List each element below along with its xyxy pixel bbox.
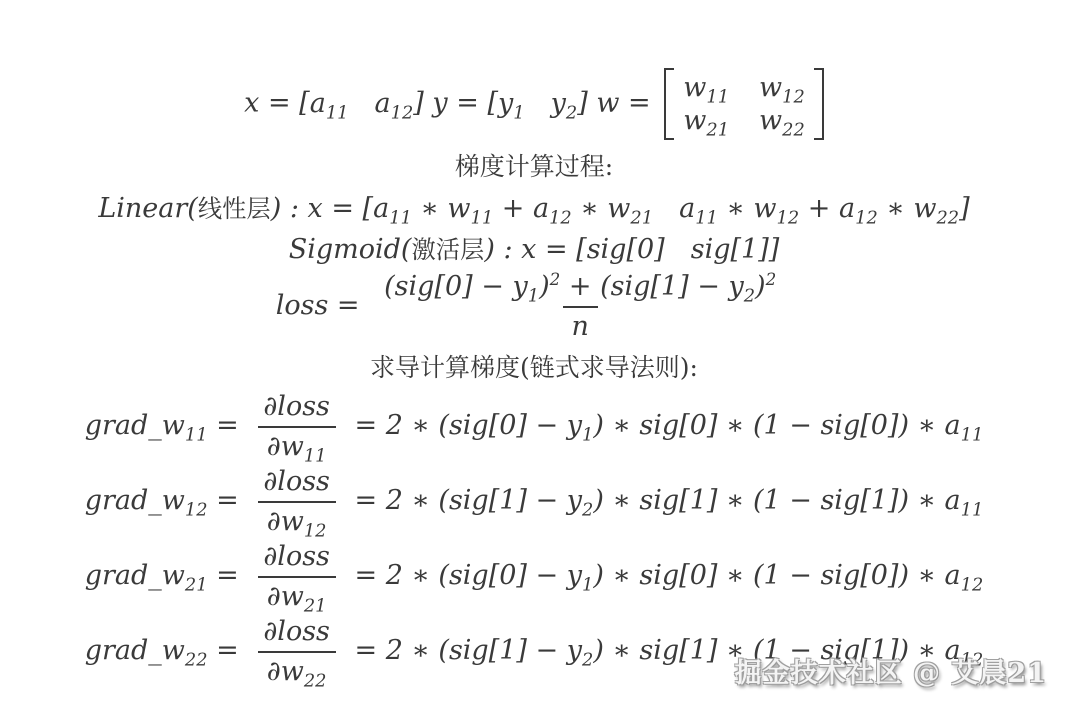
math-text: = 2 ∗ (sig[0] − (346, 410, 567, 441)
matrix-grid: w11w12w21w22 (674, 68, 814, 140)
math-variable: a11 (945, 410, 984, 441)
math-text: loss = (276, 290, 368, 321)
math-superscript: 2 (766, 269, 777, 289)
math-text: = 2 ∗ (sig[1] − (346, 635, 567, 666)
math-text: = (208, 410, 248, 441)
variable-base: w (683, 72, 706, 103)
variable-base: a (310, 88, 326, 119)
equation-loss: loss = (sig[0] − y1)2 + (sig[1] − y2)2n (0, 272, 1068, 341)
math-fraction: ∂loss∂w22 (254, 617, 339, 686)
math-text: ) (755, 271, 766, 302)
variable-subscript: 21 (630, 207, 653, 228)
variable-base: a (945, 560, 961, 591)
variable-base: a (839, 193, 855, 224)
variable-base: ∂w (267, 656, 304, 687)
math-variable: a11 (945, 485, 984, 516)
math-variable: a11 (679, 193, 718, 224)
variable-base: a (945, 410, 961, 441)
variable-subscript: 11 (961, 500, 984, 521)
math-text: = (208, 485, 248, 516)
math-text: ) ∗ sig[1] ∗ (1 − sig[1]) ∗ (593, 485, 944, 516)
math-variable: w21 (607, 193, 653, 224)
matrix-left-bracket (664, 68, 674, 140)
variable-subscript: 22 (936, 207, 959, 228)
variable-subscript: 11 (185, 425, 208, 446)
math-variable: w11 (683, 72, 729, 103)
variable-subscript: 1 (582, 425, 593, 446)
variable-subscript: 1 (528, 285, 539, 306)
math-text: ∂loss (263, 541, 330, 572)
variable-base: grad_w (85, 410, 185, 441)
variable-subscript: 12 (391, 102, 414, 123)
math-variable: y2 (551, 88, 578, 119)
variable-subscript: 21 (706, 119, 729, 140)
math-text: ∂loss (263, 391, 330, 422)
math-variable: grad_w21 (85, 560, 208, 591)
math-text-chinese: 激活层 (411, 235, 484, 264)
math-text: ∗ (572, 193, 608, 224)
variable-base: y (512, 271, 527, 302)
math-variable: y1 (498, 88, 525, 119)
math-variable: ∂w22 (267, 656, 327, 687)
math-variable: w12 (759, 72, 805, 103)
variable-base: w (759, 72, 782, 103)
math-variable: w11 (447, 193, 493, 224)
math-text: Sigmoid( (289, 234, 412, 265)
variable-base: w (759, 105, 782, 136)
variable-base: grad_w (85, 560, 185, 591)
fraction-denominator: ∂w21 (258, 576, 336, 612)
math-variable: w21 (683, 105, 729, 136)
variable-subscript: 12 (855, 207, 878, 228)
variable-base: w (753, 193, 776, 224)
math-variable: y1 (512, 271, 539, 302)
variable-subscript: 22 (304, 670, 327, 691)
variable-subscript: 22 (185, 650, 208, 671)
math-variable: ∂w12 (267, 506, 327, 537)
variable-base: ∂w (267, 506, 304, 537)
variable-base: y (567, 410, 582, 441)
fraction-numerator: ∂loss (254, 392, 339, 426)
math-text: ) : x = [ (271, 193, 373, 224)
fraction-numerator: ∂loss (254, 542, 339, 576)
math-matrix: w11w12w21w22 (664, 68, 824, 140)
math-variable: a12 (945, 560, 984, 591)
math-text: ] (959, 193, 970, 224)
math-variable: a12 (533, 193, 572, 224)
math-text: + (799, 193, 839, 224)
variable-subscript: 21 (185, 575, 208, 596)
heading-chain-rule: 求导计算梯度(链式求导法则): (0, 352, 1068, 385)
variable-base: w (447, 193, 470, 224)
math-variable: grad_w11 (85, 410, 208, 441)
variable-base: a (533, 193, 549, 224)
math-variable: a11 (373, 193, 412, 224)
math-variable: grad_w12 (85, 485, 208, 516)
math-text: ] y = [ (413, 88, 498, 119)
math-fraction: ∂loss∂w21 (254, 542, 339, 611)
variable-subscript: 2 (744, 285, 755, 306)
variable-subscript: 11 (389, 207, 412, 228)
math-text: x = [ (244, 88, 310, 119)
math-text: + (sig[1] − (560, 271, 728, 302)
fraction-denominator: ∂w12 (258, 501, 336, 537)
math-variable: w12 (753, 193, 799, 224)
math-fraction: (sig[0] − y1)2 + (sig[1] − y2)2n (375, 272, 785, 341)
math-text: ∗ (412, 193, 448, 224)
math-text: ∂loss (263, 466, 330, 497)
variable-base: w (607, 193, 630, 224)
equation-definitions: x = [a11a12] y = [y1y2] w = w11w12w21w22 (0, 68, 1068, 140)
math-text: = 2 ∗ (sig[1] − (346, 485, 567, 516)
math-variable: ∂w11 (267, 431, 327, 462)
math-text: sig[1]] (691, 234, 780, 265)
equation-grad-w21: grad_w21 = ∂loss∂w21 = 2 ∗ (sig[0] − y1)… (0, 542, 1068, 611)
math-text: (sig[0] − (384, 271, 512, 302)
variable-subscript: 12 (304, 520, 327, 541)
math-variable: w22 (913, 193, 959, 224)
variable-base: w (683, 105, 706, 136)
math-variable: y2 (567, 635, 594, 666)
variable-base: a (945, 485, 961, 516)
variable-subscript: 12 (777, 207, 800, 228)
variable-subscript: 1 (513, 102, 524, 123)
math-superscript: 2 (550, 269, 561, 289)
math-text: ) : x = [sig[0] (484, 234, 664, 265)
fraction-denominator: n (563, 306, 598, 342)
math-fraction: ∂loss∂w11 (254, 392, 339, 461)
math-variable: a12 (839, 193, 878, 224)
variable-base: grad_w (85, 635, 185, 666)
math-variable: a11 (310, 88, 349, 119)
variable-base: a (373, 193, 389, 224)
variable-subscript: 2 (582, 500, 593, 521)
variable-subscript: 2 (582, 650, 593, 671)
variable-subscript: 11 (471, 207, 494, 228)
math-text: + (493, 193, 533, 224)
math-text: n (572, 311, 589, 342)
equation-grad-w12: grad_w12 = ∂loss∂w12 = 2 ∗ (sig[1] − y2)… (0, 467, 1068, 536)
math-variable: grad_w22 (85, 635, 208, 666)
juejin-watermark: 掘金技术社区 @ 艾晨21 (735, 651, 1047, 690)
equation-grad-w11: grad_w11 = ∂loss∂w11 = 2 ∗ (sig[0] − y1)… (0, 392, 1068, 461)
math-text: Linear( (98, 193, 197, 224)
math-text: ) ∗ sig[0] ∗ (1 − sig[0]) ∗ (593, 410, 944, 441)
formula-document: x = [a11a12] y = [y1y2] w = w11w12w21w22… (0, 0, 1068, 702)
math-text: = 2 ∗ (sig[0] − (346, 560, 567, 591)
equation-sigmoid-layer: Sigmoid(激活层) : x = [sig[0]sig[1]] (0, 232, 1068, 267)
variable-base: y (567, 635, 582, 666)
matrix-right-bracket (814, 68, 824, 140)
variable-base: y (567, 485, 582, 516)
math-text-chinese: 线性层 (198, 194, 271, 223)
math-text: ∗ (718, 193, 754, 224)
math-text: ) ∗ sig[0] ∗ (1 − sig[0]) ∗ (593, 560, 944, 591)
math-text: ) (539, 271, 550, 302)
math-variable: a12 (375, 88, 414, 119)
variable-subscript: 12 (961, 575, 984, 596)
fraction-denominator: ∂w22 (258, 651, 336, 687)
variable-subscript: 11 (695, 207, 718, 228)
math-fraction: ∂loss∂w12 (254, 467, 339, 536)
math-variable: y2 (567, 485, 594, 516)
variable-base: w (913, 193, 936, 224)
math-variable: y1 (567, 410, 594, 441)
fraction-numerator: ∂loss (254, 617, 339, 651)
variable-subscript: 22 (782, 119, 805, 140)
variable-subscript: 11 (304, 445, 327, 466)
fraction-denominator: ∂w11 (258, 426, 336, 462)
fraction-numerator: ∂loss (254, 467, 339, 501)
variable-base: a (679, 193, 695, 224)
math-variable: ∂w21 (267, 581, 327, 612)
math-variable: y2 (728, 271, 755, 302)
variable-subscript: 12 (549, 207, 572, 228)
variable-base: y (551, 88, 566, 119)
math-text: ∗ (878, 193, 914, 224)
math-text: = (208, 560, 248, 591)
variable-subscript: 2 (566, 102, 577, 123)
math-variable: y1 (567, 560, 594, 591)
variable-base: grad_w (85, 485, 185, 516)
variable-base: y (567, 560, 582, 591)
heading-gradient-process: 梯度计算过程: (0, 151, 1068, 184)
math-text: = (208, 635, 248, 666)
variable-subscript: 11 (326, 102, 349, 123)
equation-linear-layer: Linear(线性层) : x = [a11 ∗ w11 + a12 ∗ w21… (0, 191, 1068, 226)
variable-subscript: 21 (304, 595, 327, 616)
variable-base: ∂w (267, 581, 304, 612)
variable-base: ∂w (267, 431, 304, 462)
variable-subscript: 12 (185, 500, 208, 521)
variable-base: a (375, 88, 391, 119)
variable-subscript: 11 (961, 425, 984, 446)
math-variable: w22 (759, 105, 805, 136)
math-text: ] w = (577, 88, 659, 119)
variable-base: y (498, 88, 513, 119)
math-text: ∂loss (263, 616, 330, 647)
fraction-numerator: (sig[0] − y1)2 + (sig[1] − y2)2 (375, 272, 785, 306)
variable-base: y (728, 271, 743, 302)
variable-subscript: 1 (582, 575, 593, 596)
